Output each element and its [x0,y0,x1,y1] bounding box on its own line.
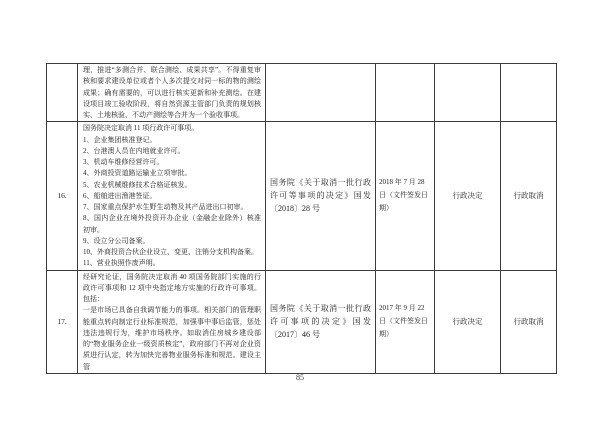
row-content: 理，推进“多测合并、联合测绘、成果共享”。不得重复审核和要求建设单位或者个人多次… [78,64,266,122]
row-nature: 行政决定 [435,122,501,270]
row-seq: 16. [47,122,78,270]
row-nature [435,64,501,122]
row-content: 经研究论证，国务院决定取消 40 项国务院部门实施的行政许可事项和 12 项中央… [78,270,266,373]
row-result: 行政取消 [501,122,557,270]
document-page: { "page": { "number": "85" }, "colors": … [0,0,600,424]
row-seq [47,64,78,122]
row-result: 行政取消 [501,270,557,373]
row-source: 国务院《关于取消一批行政许可事项的决定》国发〔2017〕46 号 [266,270,376,373]
table-row: 16. 国务院决定取消 11 项行政许可事项。 1、企业集团核准登记。 2、台港… [47,122,557,270]
row-source [266,64,376,122]
page-number: 85 [0,373,600,382]
table-row: 17. 经研究论证，国务院决定取消 40 项国务院部门实施的行政许可事项和 12… [47,270,557,373]
row-date [376,64,435,122]
row-source: 国务院《关于取消一批行政许可等事项的决定》国发〔2018〕28 号 [266,122,376,270]
row-seq: 17. [47,270,78,373]
row-content: 国务院决定取消 11 项行政许可事项。 1、企业集团核准登记。 2、台港澳人员在… [78,122,266,270]
row-date: 2017 年 9 月 22 日（文件签发日期） [376,270,435,373]
permits-table: 理，推进“多测合并、联合测绘、成果共享”。不得重复审核和要求建设单位或者个人多次… [46,63,557,374]
row-nature: 行政决定 [435,270,501,373]
row-result [501,64,557,122]
table-row-continuation: 理，推进“多测合并、联合测绘、成果共享”。不得重复审核和要求建设单位或者个人多次… [47,64,557,122]
row-date: 2018 年 7 月 28 日（文件签发日期） [376,122,435,270]
